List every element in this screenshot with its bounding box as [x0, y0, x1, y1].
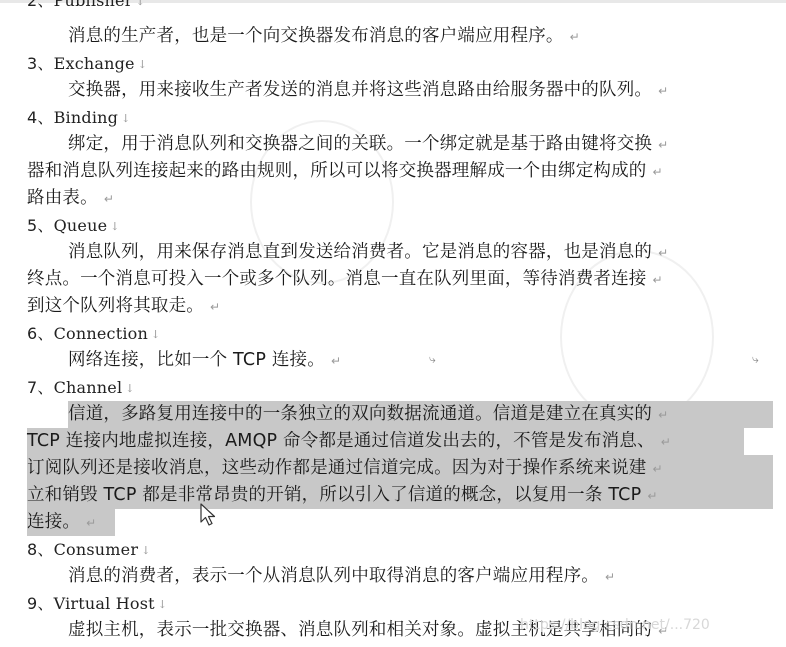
item-text-exchange: 交换器，用来接收生产者发送的消息并将这些消息路由给服务器中的队列。↵: [27, 77, 668, 104]
item-text-queue-1: 消息队列，用来保存消息直到发送给消费者。它是消息的容器，也是消息的↵: [27, 239, 668, 266]
line-break-mark: ↓: [136, 0, 145, 8]
paragraph-line: 绑定，用于消息队列和交换器之间的关联。一个绑定就是基于路由键将交换: [68, 134, 652, 154]
selected-paragraph-line: 订阅队列还是接收消息，这些动作都是通过信道完成。因为对于操作系统来说建: [27, 458, 647, 478]
line-break-mark: ↓: [121, 112, 130, 125]
item-number: 2、: [27, 0, 54, 10]
item-text-channel-4[interactable]: 立和销毁 TCP 都是非常昂贵的开销，所以引入了信道的概念，以复用一条 TCP↵: [27, 482, 658, 509]
item-heading-exchange: 3、Exchange↓: [27, 50, 147, 77]
paragraph-line: 消息队列，用来保存消息直到发送给消费者。它是消息的容器，也是消息的: [68, 242, 652, 262]
item-text-connection: 网络连接，比如一个 TCP 连接。↵: [27, 347, 341, 374]
item-term: Consumer: [54, 540, 139, 559]
item-term: Virtual Host: [54, 594, 155, 613]
item-heading-publisher: 2、Publisher↓: [27, 0, 145, 14]
item-term: Exchange: [54, 54, 135, 73]
item-text-binding-2: 器和消息队列连接起来的路由规则，所以可以将交换器理解成一个由绑定构成的↵: [27, 158, 663, 185]
item-term: Binding: [54, 108, 119, 127]
paragraph-mark: ↵: [658, 246, 668, 260]
line-break-mark: ↓: [141, 544, 150, 557]
item-heading-queue: 5、Queue↓: [27, 212, 120, 239]
paragraph-line: 交换器，用来接收生产者发送的消息并将这些消息路由给服务器中的队列。: [68, 80, 652, 100]
paragraph-line: 路由表。: [27, 188, 98, 208]
item-number: 8、: [27, 540, 54, 559]
item-text-queue-3: 到这个队列将其取走。↵: [27, 293, 220, 320]
item-number: 9、: [27, 594, 54, 613]
paragraph-mark: ↵: [210, 300, 220, 314]
line-break-mark: ↓: [125, 382, 134, 395]
item-text-channel-5[interactable]: 连接。↵: [27, 509, 96, 536]
paragraph-mark: ↵: [86, 516, 96, 530]
item-heading-binding: 4、Binding↓: [27, 104, 131, 131]
paragraph-line: 器和消息队列连接起来的路由规则，所以可以将交换器理解成一个由绑定构成的: [27, 161, 647, 181]
item-number: 4、: [27, 108, 54, 127]
item-number: 5、: [27, 216, 54, 235]
item-number: 6、: [27, 324, 54, 343]
item-heading-virtual-host: 9、Virtual Host↓: [27, 590, 167, 617]
item-text-consumer: 消息的消费者，表示一个从消息队列中取得消息的客户端应用程序。↵: [27, 563, 615, 590]
item-term: Publisher: [54, 0, 133, 10]
paragraph-mark: ↵: [661, 435, 671, 449]
paragraph-mark: ↵: [653, 273, 663, 287]
selected-paragraph-line: 信道，多路复用连接中的一条独立的双向数据流通道。信道是建立在真实的: [68, 404, 652, 424]
selected-paragraph-line: TCP 连接内地虚拟连接，AMQP 命令都是通过信道发出去的，不管是发布消息、: [27, 431, 655, 451]
anchor-icon: ⤷: [429, 352, 436, 367]
line-break-mark: ↓: [110, 220, 119, 233]
paragraph-mark: ↵: [605, 570, 615, 584]
item-text-channel-1[interactable]: 信道，多路复用连接中的一条独立的双向数据流通道。信道是建立在真实的↵: [27, 401, 668, 428]
item-number: 3、: [27, 54, 54, 73]
paragraph-mark: ↵: [653, 165, 663, 179]
item-text-queue-2: 终点。一个消息可投入一个或多个队列。消息一直在队列里面，等待消费者连接↵: [27, 266, 663, 293]
watermark-text: https://blog.csdn.net/...720: [520, 617, 710, 633]
paragraph-mark: ↵: [104, 192, 114, 206]
item-term: Channel: [54, 378, 123, 397]
paragraph-mark: ↵: [653, 462, 663, 476]
paragraph-line: 消息的生产者，也是一个向交换器发布消息的客户端应用程序。: [68, 26, 564, 46]
item-heading-consumer: 8、Consumer↓: [27, 536, 151, 563]
item-heading-channel: 7、Channel↓: [27, 374, 135, 401]
anchor-icon: ⤷: [752, 352, 759, 367]
paragraph-mark: ↵: [658, 138, 668, 152]
paragraph-mark: ↵: [570, 30, 580, 44]
item-heading-connection: 6、Connection↓: [27, 320, 160, 347]
item-term: Queue: [54, 216, 108, 235]
item-text-binding-3: 路由表。↵: [27, 185, 114, 212]
mouse-pointer-icon: [200, 503, 218, 527]
line-break-mark: ↓: [158, 598, 167, 611]
item-text-binding-1: 绑定，用于消息队列和交换器之间的关联。一个绑定就是基于路由键将交换↵: [27, 131, 668, 158]
selected-paragraph-line: 立和销毁 TCP 都是非常昂贵的开销，所以引入了信道的概念，以复用一条 TCP: [27, 485, 641, 505]
item-text-channel-2[interactable]: TCP 连接内地虚拟连接，AMQP 命令都是通过信道发出去的，不管是发布消息、↵: [27, 428, 671, 455]
item-number: 7、: [27, 378, 54, 397]
line-break-mark: ↓: [151, 328, 160, 341]
paragraph-mark: ↵: [658, 408, 668, 422]
item-text-channel-3[interactable]: 订阅队列还是接收消息，这些动作都是通过信道完成。因为对于操作系统来说建↵: [27, 455, 663, 482]
line-break-mark: ↓: [138, 58, 147, 71]
paragraph-mark: ↵: [331, 354, 341, 368]
selected-paragraph-line: 连接。: [27, 512, 80, 532]
item-term: Connection: [54, 324, 148, 343]
paragraph-mark: ↵: [658, 84, 668, 98]
paragraph-line: 消息的消费者，表示一个从消息队列中取得消息的客户端应用程序。: [68, 566, 599, 586]
paragraph-line: 到这个队列将其取走。: [27, 296, 204, 316]
paragraph-mark: ↵: [647, 489, 657, 503]
paragraph-line: 终点。一个消息可投入一个或多个队列。消息一直在队列里面，等待消费者连接: [27, 269, 647, 289]
paragraph-line: 网络连接，比如一个 TCP 连接。: [68, 350, 325, 370]
item-text-publisher: 消息的生产者，也是一个向交换器发布消息的客户端应用程序。↵: [27, 23, 580, 50]
